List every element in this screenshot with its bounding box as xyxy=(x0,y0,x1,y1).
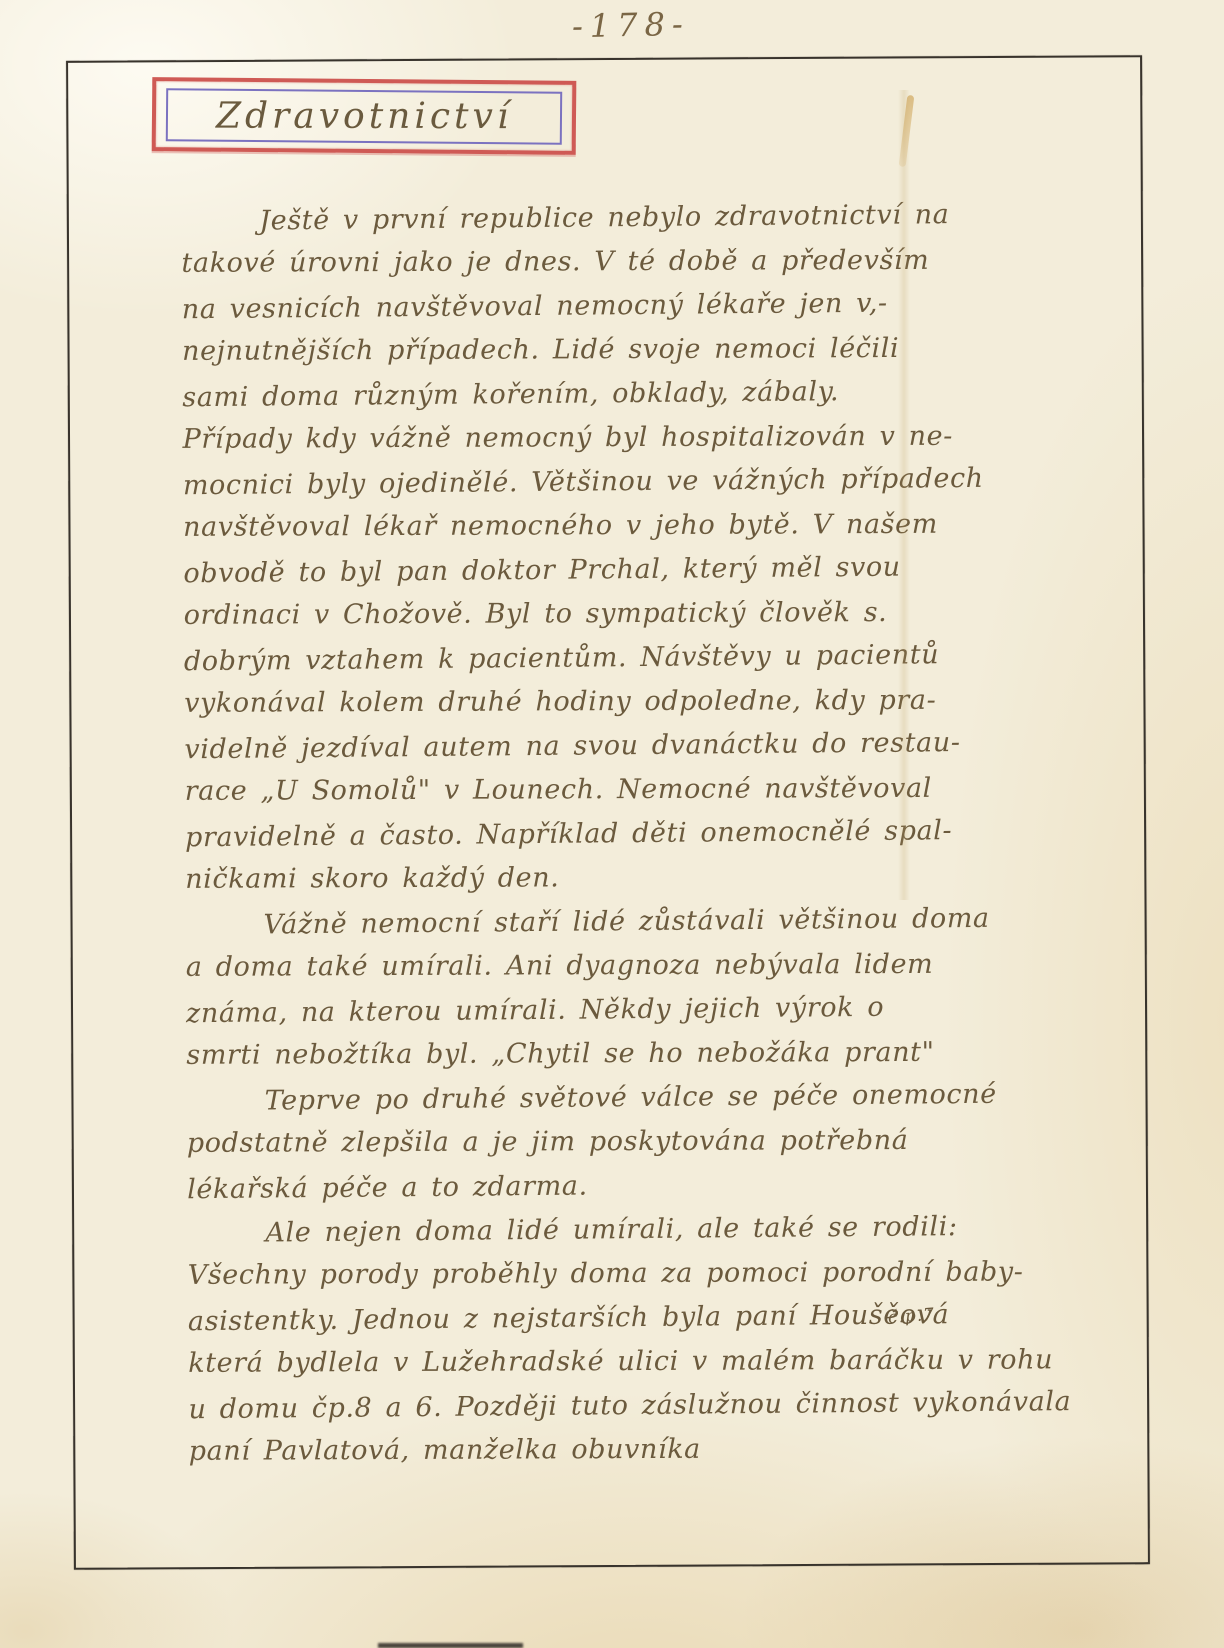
text-line: která bydlela v Lužehradské ulici v malé… xyxy=(188,1338,1103,1386)
text-line: navštěvoval lékař nemocného v jeho bytě.… xyxy=(183,502,1098,550)
house-number-note: č.p.7 xyxy=(887,1305,935,1329)
handwritten-text: Ještě v první republice nebylo zdravotni… xyxy=(181,193,1104,1475)
text-line: mocnici byly ojedinělé. Většinou ve vážn… xyxy=(183,456,1098,508)
paragraph-2: Vážně nemocní staří lidé zůstávali větši… xyxy=(185,897,1101,1079)
text-line: vykonával kolem druhé hodiny odpoledne, … xyxy=(184,678,1099,726)
page-title: Zdravotnictví xyxy=(168,95,512,137)
page-number: -178- xyxy=(572,5,690,45)
text-line: u domu čp.8 a 6. Později tuto záslužnou … xyxy=(188,1380,1103,1432)
text-line: sami doma různým kořením, obklady, zábal… xyxy=(182,368,1097,420)
text-line: race „U Somolů" v Lounech. Nemocné navšt… xyxy=(185,766,1100,814)
text-line: Všechny porody proběhly doma za pomoci p… xyxy=(188,1250,1103,1298)
text-line: nejnutnějších případech. Lidé svoje nemo… xyxy=(182,326,1097,374)
text-line: Ještě v první republice nebylo zdravotni… xyxy=(181,192,1096,244)
text-line: paní Pavlatová, manželka obuvníka xyxy=(189,1426,1104,1474)
text-line: Vážně nemocní staří lidé zůstávali větši… xyxy=(185,896,1100,948)
title-box-inner: Zdravotnictví xyxy=(166,88,562,144)
title-box: Zdravotnictví xyxy=(152,77,577,155)
text-line: videlně jezdíval autem na svou dvanáctku… xyxy=(184,720,1099,772)
text-line: smrti nebožtíka byl. „Chytil se ho nebož… xyxy=(186,1030,1101,1078)
text-line: takové úrovni jako je dnes. V té době a … xyxy=(181,238,1096,286)
paragraph-3: Teprve po druhé světové válce se péče on… xyxy=(186,1073,1102,1211)
text-line: ordinaci v Chožově. Byl to sympatický čl… xyxy=(184,590,1099,638)
text-line: známa, na kterou umírali. Někdy jejich v… xyxy=(186,984,1101,1036)
text-line: obvodě to byl pan doktor Prchal, který m… xyxy=(183,544,1098,596)
paragraph-4: Ale nejen doma lidé umírali, ale také se… xyxy=(187,1205,1104,1475)
paragraph-1: Ještě v první republice nebylo zdravotni… xyxy=(181,193,1100,903)
text-line: dobrým vztahem k pacientům. Návštěvy u p… xyxy=(184,632,1099,684)
text-line: asistentky. Jednou z nejstarších byla pa… xyxy=(188,1292,1103,1344)
text-line: ničkami skoro každý den. xyxy=(185,854,1100,902)
paper-crease xyxy=(898,90,910,900)
scanned-page: -178- Zdravotnictví Ještě v první republ… xyxy=(0,0,1224,1648)
text-line: na vesnicích navštěvoval nemocný lékaře … xyxy=(182,280,1097,332)
text-line: a doma také umírali. Ani dyagnoza nebýva… xyxy=(186,942,1101,990)
text-line: podstatně zlepšila a je jim poskytována … xyxy=(187,1118,1102,1166)
text-line: Teprve po druhé světové válce se péče on… xyxy=(186,1072,1101,1124)
scan-edge-artifact xyxy=(378,1643,523,1648)
text-line: Ale nejen doma lidé umírali, ale také se… xyxy=(187,1204,1102,1256)
text-line: Případy kdy vážně nemocný byl hospitaliz… xyxy=(182,414,1097,462)
text-line: pravidelně a často. Například děti onemo… xyxy=(185,808,1100,860)
